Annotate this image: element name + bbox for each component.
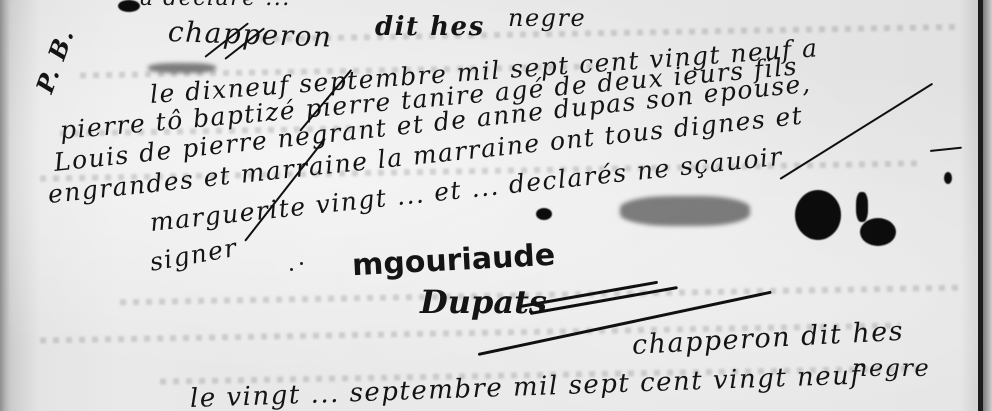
ink-dot bbox=[290, 268, 293, 271]
bleed-through bbox=[260, 24, 960, 42]
signature-dupats: Dupats bbox=[420, 286, 547, 318]
ink-blot bbox=[118, 0, 140, 12]
binding-shadow bbox=[0, 0, 10, 411]
margin-note: P. B. bbox=[33, 25, 78, 96]
ink-blot bbox=[860, 218, 896, 246]
ink-smudge bbox=[620, 196, 750, 226]
ink-blot bbox=[536, 208, 552, 220]
top-signature-suffix: dit hes bbox=[375, 14, 485, 40]
ink-smudge bbox=[148, 63, 216, 73]
next-entry-line: le vingt ... septembre mil sept cent vin… bbox=[190, 363, 862, 411]
entry-line-6: signer bbox=[148, 235, 240, 275]
signature-chapperon: chapperon dit hes bbox=[631, 318, 904, 359]
ink-blot bbox=[795, 190, 841, 240]
signature-mgouriaude: mgouriaude bbox=[351, 241, 555, 282]
ink-blot bbox=[856, 192, 868, 222]
top-fragment-line: a declaré ... bbox=[140, 0, 291, 10]
top-signature: chapperon bbox=[168, 18, 333, 52]
top-signature-negre: negre bbox=[508, 6, 586, 30]
page-edge bbox=[983, 0, 992, 411]
document-page: a declaré ... chapperon dit hes negre P.… bbox=[0, 0, 992, 411]
signature-negre: negre bbox=[852, 356, 930, 380]
ink-dot bbox=[300, 262, 303, 265]
flourish bbox=[930, 147, 962, 152]
ink-blot bbox=[944, 172, 952, 184]
